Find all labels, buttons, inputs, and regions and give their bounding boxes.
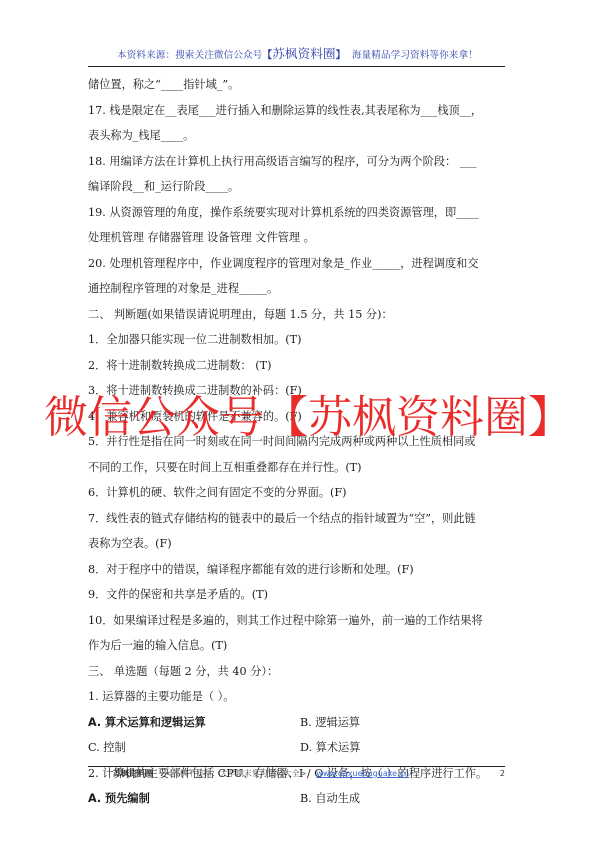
q1-options-row-1: A. 算术运算和逻辑运算 B. 逻辑运算 xyxy=(88,710,518,736)
judgement-item: 不同的工作，只要在时间上互相重叠都存在并行性。(T) xyxy=(88,455,518,481)
judgement-item: 6．计算机的硬、软件之间有固定不变的分界面。(F) xyxy=(88,480,518,506)
judgement-item: 9．文件的保密和共享是矛盾的。(T) xyxy=(88,582,518,608)
judgement-item: 10．如果编译过程是多遍的，则其工作过程中除第一遍外，前一遍的工作结果将 xyxy=(88,608,518,634)
page-number: 2 xyxy=(500,769,505,778)
judgement-item: 2．将十进制数转换成二进制数： (T) xyxy=(88,353,518,379)
question-1: 1. 运算器的主要功能是（ ）。 xyxy=(88,684,518,710)
judgement-item: 7．线性表的链式存储结构的链表中的最后一个结点的指针域置为“空”，则此链 xyxy=(88,506,518,532)
text-line: 通控制程序管理的对象是_进程_____。 xyxy=(88,276,518,302)
text-line: 表头称为_栈尾____。 xyxy=(88,123,518,149)
judgement-item: 作为后一遍的输入信息。(T) xyxy=(88,633,518,659)
header-bracket-open: 【 xyxy=(263,50,273,61)
q1-options-row-2: C. 控制 D. 算术运算 xyxy=(88,735,518,761)
text-line: 18. 用编译方法在计算机上执行用高级语言编写的程序，可分为两个阶段： ___ xyxy=(88,149,518,175)
page-footer: 苏枫资料圈 <苏枫不挂科：大学期末复习资料大全> www.daxuebuguak… xyxy=(113,768,505,779)
text-line: 处理机管理 存储器管理 设备管理 文件管理 。 xyxy=(88,225,518,251)
judgement-item: 1．全加器只能实现一位二进制数相加。(T) xyxy=(88,327,518,353)
q1-option-a-answer: A. 算术运算和逻辑运算 xyxy=(88,710,300,736)
header-brand: 苏枫资料圈 xyxy=(272,46,336,61)
header-bracket-close: 】 xyxy=(336,50,346,61)
text-line: 编译阶段__和_运行阶段____。 xyxy=(88,174,518,200)
judgement-item: 8．对于程序中的错误，编译程序都能有效的进行诊断和处理。(F) xyxy=(88,557,518,583)
footer-divider xyxy=(88,766,505,767)
q2-options-row-1: A. 预先编制 B. 自动生成 xyxy=(88,786,518,812)
q1-option-d: D. 算术运算 xyxy=(300,735,360,761)
judgement-item: 表称为空表。(F) xyxy=(88,531,518,557)
header-prefix: 本资料来源：搜索关注微信公众号 xyxy=(117,50,263,61)
header-divider xyxy=(88,66,505,67)
watermark-overlay: 微信公众号【苏枫资料圈】 xyxy=(44,393,572,443)
text-line: 储位置，称之“____指针域_”。 xyxy=(88,72,518,98)
section-heading-single-choice: 三、 单选题（每题 2 分，共 40 分）： xyxy=(88,659,518,685)
section-heading-judgement: 二、 判断题(如果错误请说明理由，每题 1.5 分，共 15 分)： xyxy=(88,302,518,328)
q2-option-a-answer: A. 预先编制 xyxy=(88,786,300,812)
header-suffix: 海量精品学习资料等你来拿！ xyxy=(352,50,478,61)
q2-option-b: B. 自动生成 xyxy=(300,786,360,812)
text-line: 17. 栈是限定在__表尾___进行插入和删除运算的线性表,其表尾称为___栈顶… xyxy=(88,98,518,124)
q1-option-b: B. 逻辑运算 xyxy=(300,710,360,736)
text-line: 20. 处理机管理程序中，作业调度程序的管理对象是_作业_____，进程调度和交 xyxy=(88,251,518,277)
page-header: 本资料来源：搜索关注微信公众号【苏枫资料圈】 海量精品学习资料等你来拿！ xyxy=(0,44,595,62)
q1-option-c: C. 控制 xyxy=(88,735,300,761)
footer-brand: 苏枫资料圈 xyxy=(113,768,153,779)
footer-tagline: <苏枫不挂科：大学期末复习资料大全> xyxy=(165,768,306,779)
text-line: 19. 从资源管理的角度，操作系统要实现对计算机系统的四类资源管理，即____ xyxy=(88,200,518,226)
footer-website-link[interactable]: www.daxuebuguake.cn xyxy=(316,769,409,778)
